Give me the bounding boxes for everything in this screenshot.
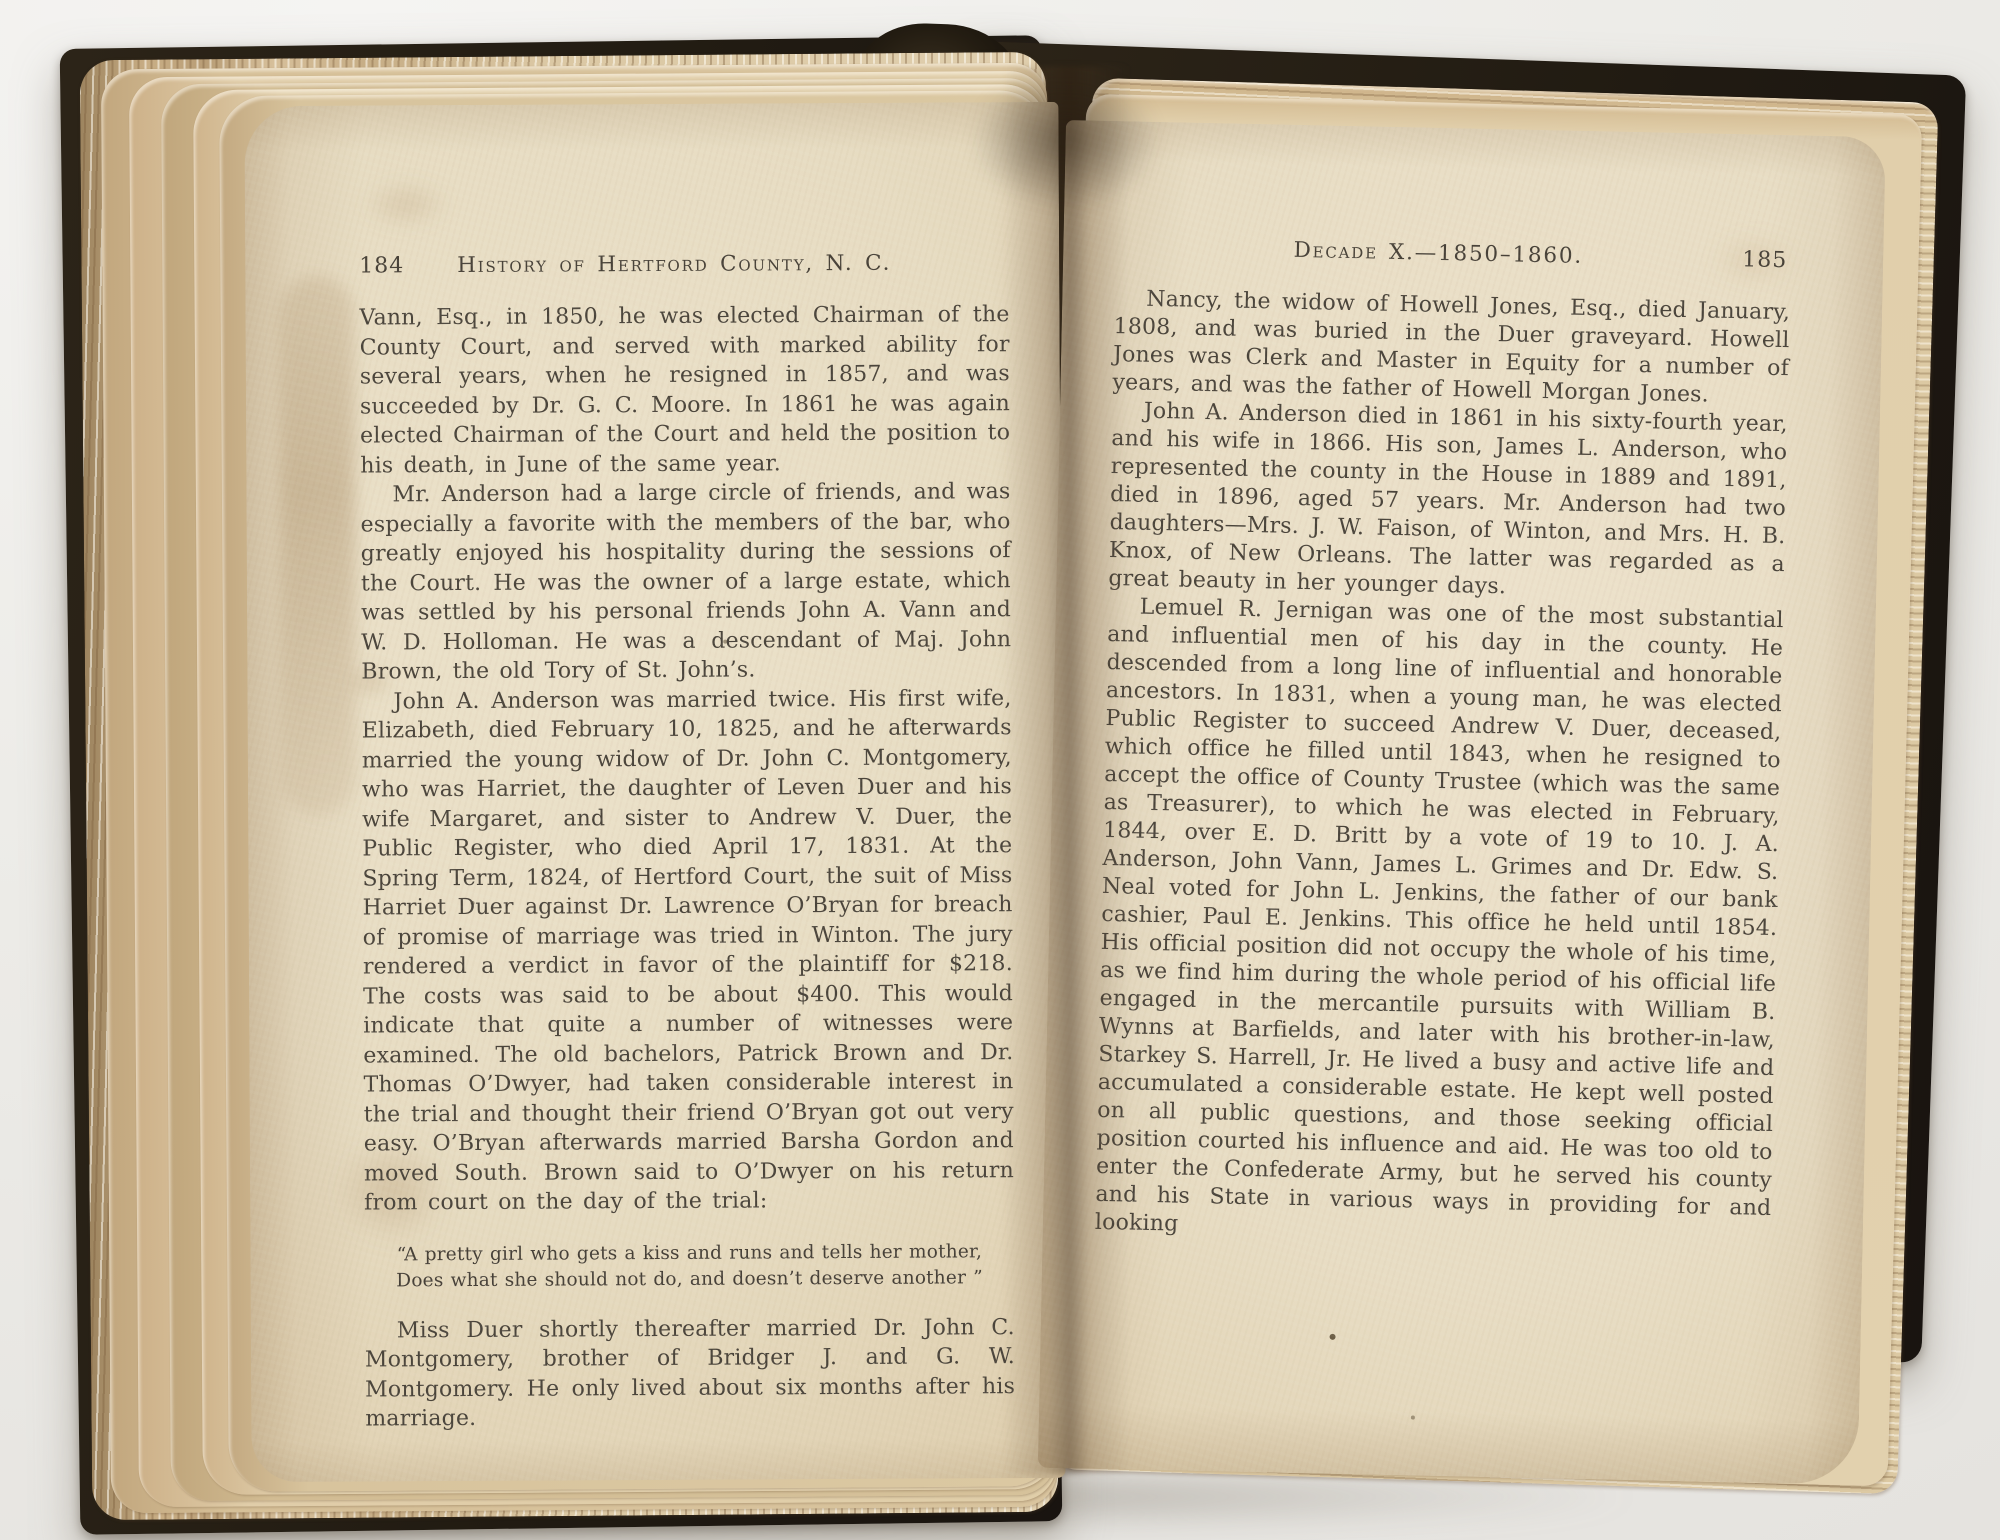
page-number-right: 185 [1742,246,1788,275]
paragraph: Vann, Esq., in 1850, he was elected Chai… [359,300,1010,480]
right-page-text: Decade X.—1850–1860. 185 Nancy, the wido… [1095,233,1792,1251]
paragraph: Mr. Anderson had a large circle of frien… [360,477,1011,687]
paper-speck [1330,1334,1336,1340]
left-page-text: 184 History of Hertford County, N. C. Va… [359,248,1015,1434]
paper-speck [1411,1416,1415,1420]
page-right: Decade X.—1850–1860. 185 Nancy, the wido… [1038,120,1886,1485]
paragraph: John A. Anderson died in 1861 in his six… [1108,397,1788,607]
left-page-header: 184 History of Hertford County, N. C. [359,248,1009,283]
quote-line: Does what she should not do, and doesn’t… [364,1265,1014,1294]
paragraph: Nancy, the widow of Howell Jones, Esq., … [1112,285,1790,411]
right-page-header: Decade X.—1850–1860. 185 [1115,233,1792,279]
paragraph: John A. Anderson was married twice. His … [361,684,1014,1218]
right-page-paragraphs: Nancy, the widow of Howell Jones, Esq., … [1095,285,1791,1251]
page-left: 184 History of Hertford County, N. C. Va… [244,102,1065,1482]
paragraph: Miss Duer shortly thereafter married Dr.… [365,1313,1016,1434]
paragraph: Lemuel R. Jernigan was one of the most s… [1095,593,1784,1251]
paper-stain [341,169,471,240]
photo-background: 184 History of Hertford County, N. C. Va… [0,0,2000,1540]
running-header-left: History of Hertford County, N. C. [359,248,1009,281]
quote-line: “A pretty girl who gets a kiss and runs … [364,1239,1014,1268]
left-page-paragraphs: Vann, Esq., in 1850, he was elected Chai… [359,300,1015,1434]
paper-stain [279,276,356,816]
verse-quote: “A pretty girl who gets a kiss and runs … [364,1239,1014,1294]
running-header-right: Decade X.—1850–1860. [1115,233,1791,275]
page-number-left: 184 [359,251,404,281]
